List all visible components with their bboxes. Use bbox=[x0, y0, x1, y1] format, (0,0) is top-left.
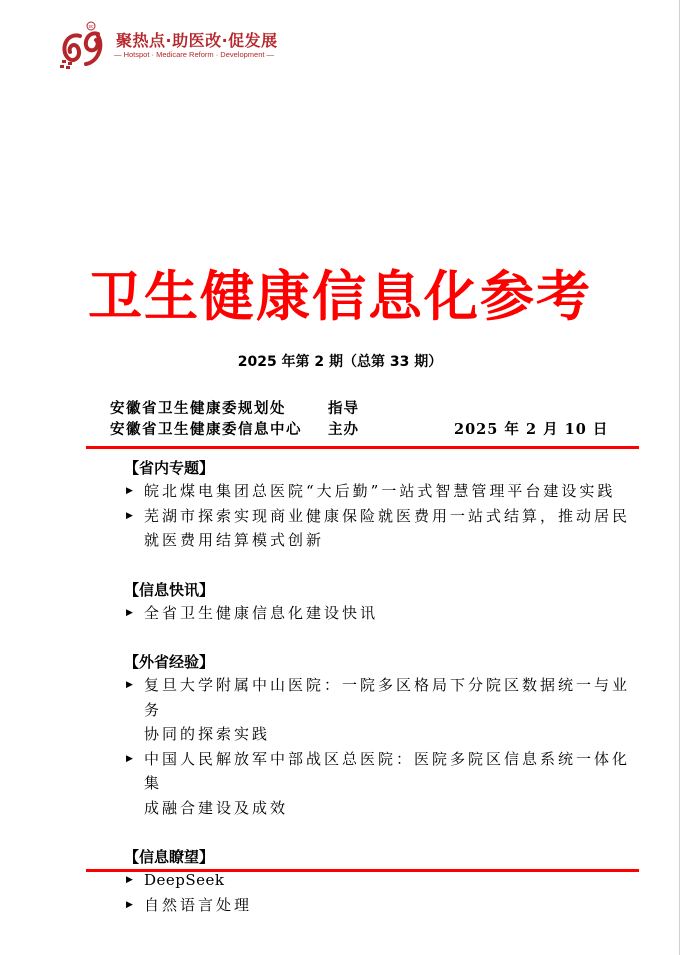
top-divider bbox=[86, 446, 639, 449]
table-of-contents: 【省内专题】 ▶ 皖北煤电集团总医院“大后勤”一站式智慧管理平台建设实践 ▶ 芜… bbox=[112, 457, 632, 917]
organizer-name: 安徽省卫生健康委规划处 bbox=[110, 398, 328, 419]
toc-item-line: 中国人民解放军中部战区总医院：医院多院区信息系统一体化集 bbox=[144, 747, 632, 796]
logo-slogan-cn: 聚热点·助医改·促发展 bbox=[116, 28, 278, 51]
triangle-bullet-icon: ▶ bbox=[126, 504, 133, 529]
triangle-bullet-icon: ▶ bbox=[126, 601, 133, 626]
toc-item-line: 就医费用结算模式创新 bbox=[144, 528, 632, 553]
logo-mark-icon: sc bbox=[58, 20, 110, 70]
section-title: 【信息快讯】 bbox=[124, 579, 632, 601]
toc-item[interactable]: ▶ 全省卫生健康信息化建设快讯 bbox=[112, 601, 632, 626]
issue-number: 2025 年第 2 期（总第 33 期） bbox=[0, 351, 680, 371]
organizer-role: 指导 bbox=[328, 398, 454, 419]
organizer-row: 安徽省卫生健康委规划处 指导 bbox=[110, 398, 608, 419]
triangle-bullet-icon: ▶ bbox=[126, 747, 133, 772]
organizer-block: 安徽省卫生健康委规划处 指导 安徽省卫生健康委信息中心 主办 2025 年 2 … bbox=[110, 398, 608, 440]
toc-item[interactable]: ▶ 复旦大学附属中山医院：一院多区格局下分院区数据统一与业务 协同的探索实践 bbox=[112, 673, 632, 747]
toc-item-line: 全省卫生健康信息化建设快讯 bbox=[144, 601, 632, 626]
toc-item-line: 成融合建设及成效 bbox=[144, 796, 632, 821]
toc-item[interactable]: ▶ 芜湖市探索实现商业健康保险就医费用一站式结算，推动居民 就医费用结算模式创新 bbox=[112, 504, 632, 553]
logo-slogan-en: — Hotspot · Medicare Reform · Developmen… bbox=[114, 50, 274, 59]
toc-item[interactable]: ▶ 自然语言处理 bbox=[112, 893, 632, 918]
publish-date: 2025 年 2 月 10 日 bbox=[454, 419, 608, 440]
section-provincial-topics: 【省内专题】 ▶ 皖北煤电集团总医院“大后勤”一站式智慧管理平台建设实践 ▶ 芜… bbox=[112, 457, 632, 553]
triangle-bullet-icon: ▶ bbox=[126, 893, 133, 918]
bottom-divider bbox=[86, 869, 639, 872]
section-title: 【省内专题】 bbox=[124, 457, 632, 479]
organizer-role: 主办 bbox=[328, 419, 454, 440]
toc-item[interactable]: ▶ 中国人民解放军中部战区总医院：医院多院区信息系统一体化集 成融合建设及成效 bbox=[112, 747, 632, 821]
section-other-provinces: 【外省经验】 ▶ 复旦大学附属中山医院：一院多区格局下分院区数据统一与业务 协同… bbox=[112, 651, 632, 820]
section-title: 【外省经验】 bbox=[124, 651, 632, 673]
toc-item-line: 皖北煤电集团总医院“大后勤”一站式智慧管理平台建设实践 bbox=[144, 479, 632, 504]
publisher-logo: sc 聚热点·助医改·促发展 — Hotspot · Medicare Refo… bbox=[58, 20, 288, 70]
section-outlook: 【信息瞭望】 ▶ DeepSeek ▶ 自然语言处理 bbox=[112, 846, 632, 917]
toc-item-line: 复旦大学附属中山医院：一院多区格局下分院区数据统一与业务 bbox=[144, 673, 632, 722]
toc-item-line: 自然语言处理 bbox=[144, 893, 632, 918]
organizer-name: 安徽省卫生健康委信息中心 bbox=[110, 419, 328, 440]
section-news-flash: 【信息快讯】 ▶ 全省卫生健康信息化建设快讯 bbox=[112, 579, 632, 626]
toc-item-line: 芜湖市探索实现商业健康保险就医费用一站式结算，推动居民 bbox=[144, 504, 632, 529]
svg-text:sc: sc bbox=[89, 24, 95, 30]
toc-item-line: 协同的探索实践 bbox=[144, 722, 632, 747]
section-title: 【信息瞭望】 bbox=[124, 846, 632, 868]
organizer-row: 安徽省卫生健康委信息中心 主办 2025 年 2 月 10 日 bbox=[110, 419, 608, 440]
toc-item[interactable]: ▶ 皖北煤电集团总医院“大后勤”一站式智慧管理平台建设实践 bbox=[112, 479, 632, 504]
triangle-bullet-icon: ▶ bbox=[126, 673, 133, 698]
document-title: 卫生健康信息化参考 bbox=[0, 258, 680, 334]
triangle-bullet-icon: ▶ bbox=[126, 479, 133, 504]
